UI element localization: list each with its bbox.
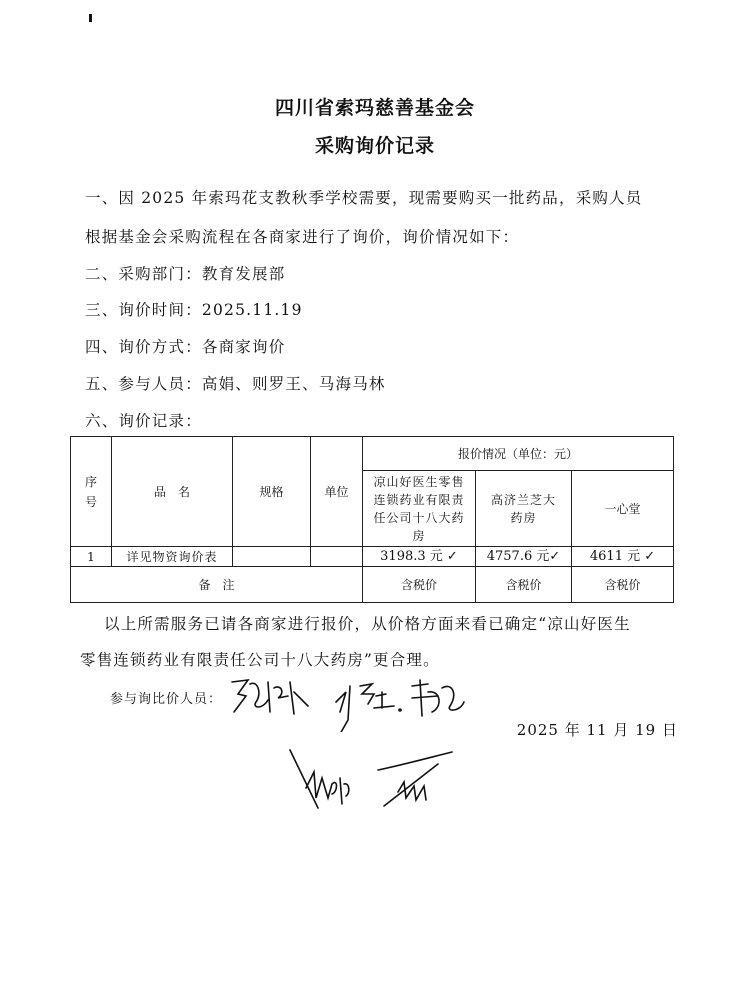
conclusion-line-1: 以上所需服务已请各商家进行报价，从价格方面来看已确定“凉山好医生 — [104, 612, 631, 634]
inquiry-time-line: 三、询价时间：2025.11.19 — [85, 298, 303, 320]
vendor-2-price-cell: 4757.6 元✓ — [476, 547, 572, 567]
records-heading: 六、询价记录： — [85, 409, 202, 431]
checkmark-icon: ✓ — [447, 549, 458, 564]
header-seq: 序号 — [71, 437, 112, 547]
vendor-1-price: 3198.3 元 — [380, 549, 443, 564]
vendor-3-price: 4611 元 — [590, 549, 640, 564]
vendor-2-name: 高济兰芝大药房 — [476, 471, 572, 547]
signature-label: 参与询比价人员： — [110, 688, 222, 707]
vendor-3-price-cell: 4611 元 ✓ — [572, 547, 674, 567]
intro-line-1: 一、因 2025 年索玛花支教秋季学校需要，现需要购买一批药品，采购人员 — [85, 186, 643, 208]
header-spec: 规格 — [233, 437, 311, 547]
remark-label: 备 注 — [71, 567, 363, 603]
table-row: 1 详见物资询价表 3198.3 元 ✓ 4757.6 元✓ 4611 元 ✓ — [71, 547, 674, 567]
participants-line: 五、参与人员：高娟、则罗王、马海马林 — [85, 372, 386, 394]
vendor-3-remark: 含税价 — [572, 567, 674, 603]
handwritten-signatures — [228, 672, 558, 732]
doc-title: 采购询价记录 — [0, 131, 750, 158]
vendor-1-price-cell: 3198.3 元 ✓ — [363, 547, 476, 567]
row-name: 详见物资询价表 — [112, 547, 233, 567]
row-unit — [311, 547, 363, 567]
vendor-3-name: 一心堂 — [572, 471, 674, 547]
inquiry-table: 序号 品 名 规格 单位 报价情况（单位：元） 凉山好医生零售连锁药业有限责任公… — [70, 436, 674, 603]
conclusion-line-2: 零售连锁药业有限责任公司十八大药房”更合理。 — [80, 648, 440, 670]
intro-line-2: 根据基金会采购流程在各商家进行了询价，询价情况如下： — [85, 225, 519, 247]
scan-mark — [89, 14, 92, 22]
vendor-2-remark: 含税价 — [476, 567, 572, 603]
checkmark-icon: ✓ — [549, 549, 560, 564]
vendor-1-name: 凉山好医生零售连锁药业有限责任公司十八大药房 — [363, 471, 476, 547]
org-title: 四川省索玛慈善基金会 — [0, 93, 750, 120]
checkmark-icon: ✓ — [644, 549, 655, 564]
header-quote-group: 报价情况（单位：元） — [363, 437, 674, 471]
row-seq: 1 — [71, 547, 112, 567]
vendor-1-remark: 含税价 — [363, 567, 476, 603]
signature-date: 2025 年 11 月 19 日 — [517, 719, 678, 740]
department-line: 二、采购部门：教育发展部 — [85, 262, 285, 284]
header-name: 品 名 — [112, 437, 233, 547]
inquiry-method-line: 四、询价方式：各商家询价 — [85, 335, 285, 357]
vendor-2-price: 4757.6 元 — [487, 549, 550, 564]
row-spec — [233, 547, 311, 567]
approval-signatures — [288, 748, 458, 818]
header-unit: 单位 — [311, 437, 363, 547]
